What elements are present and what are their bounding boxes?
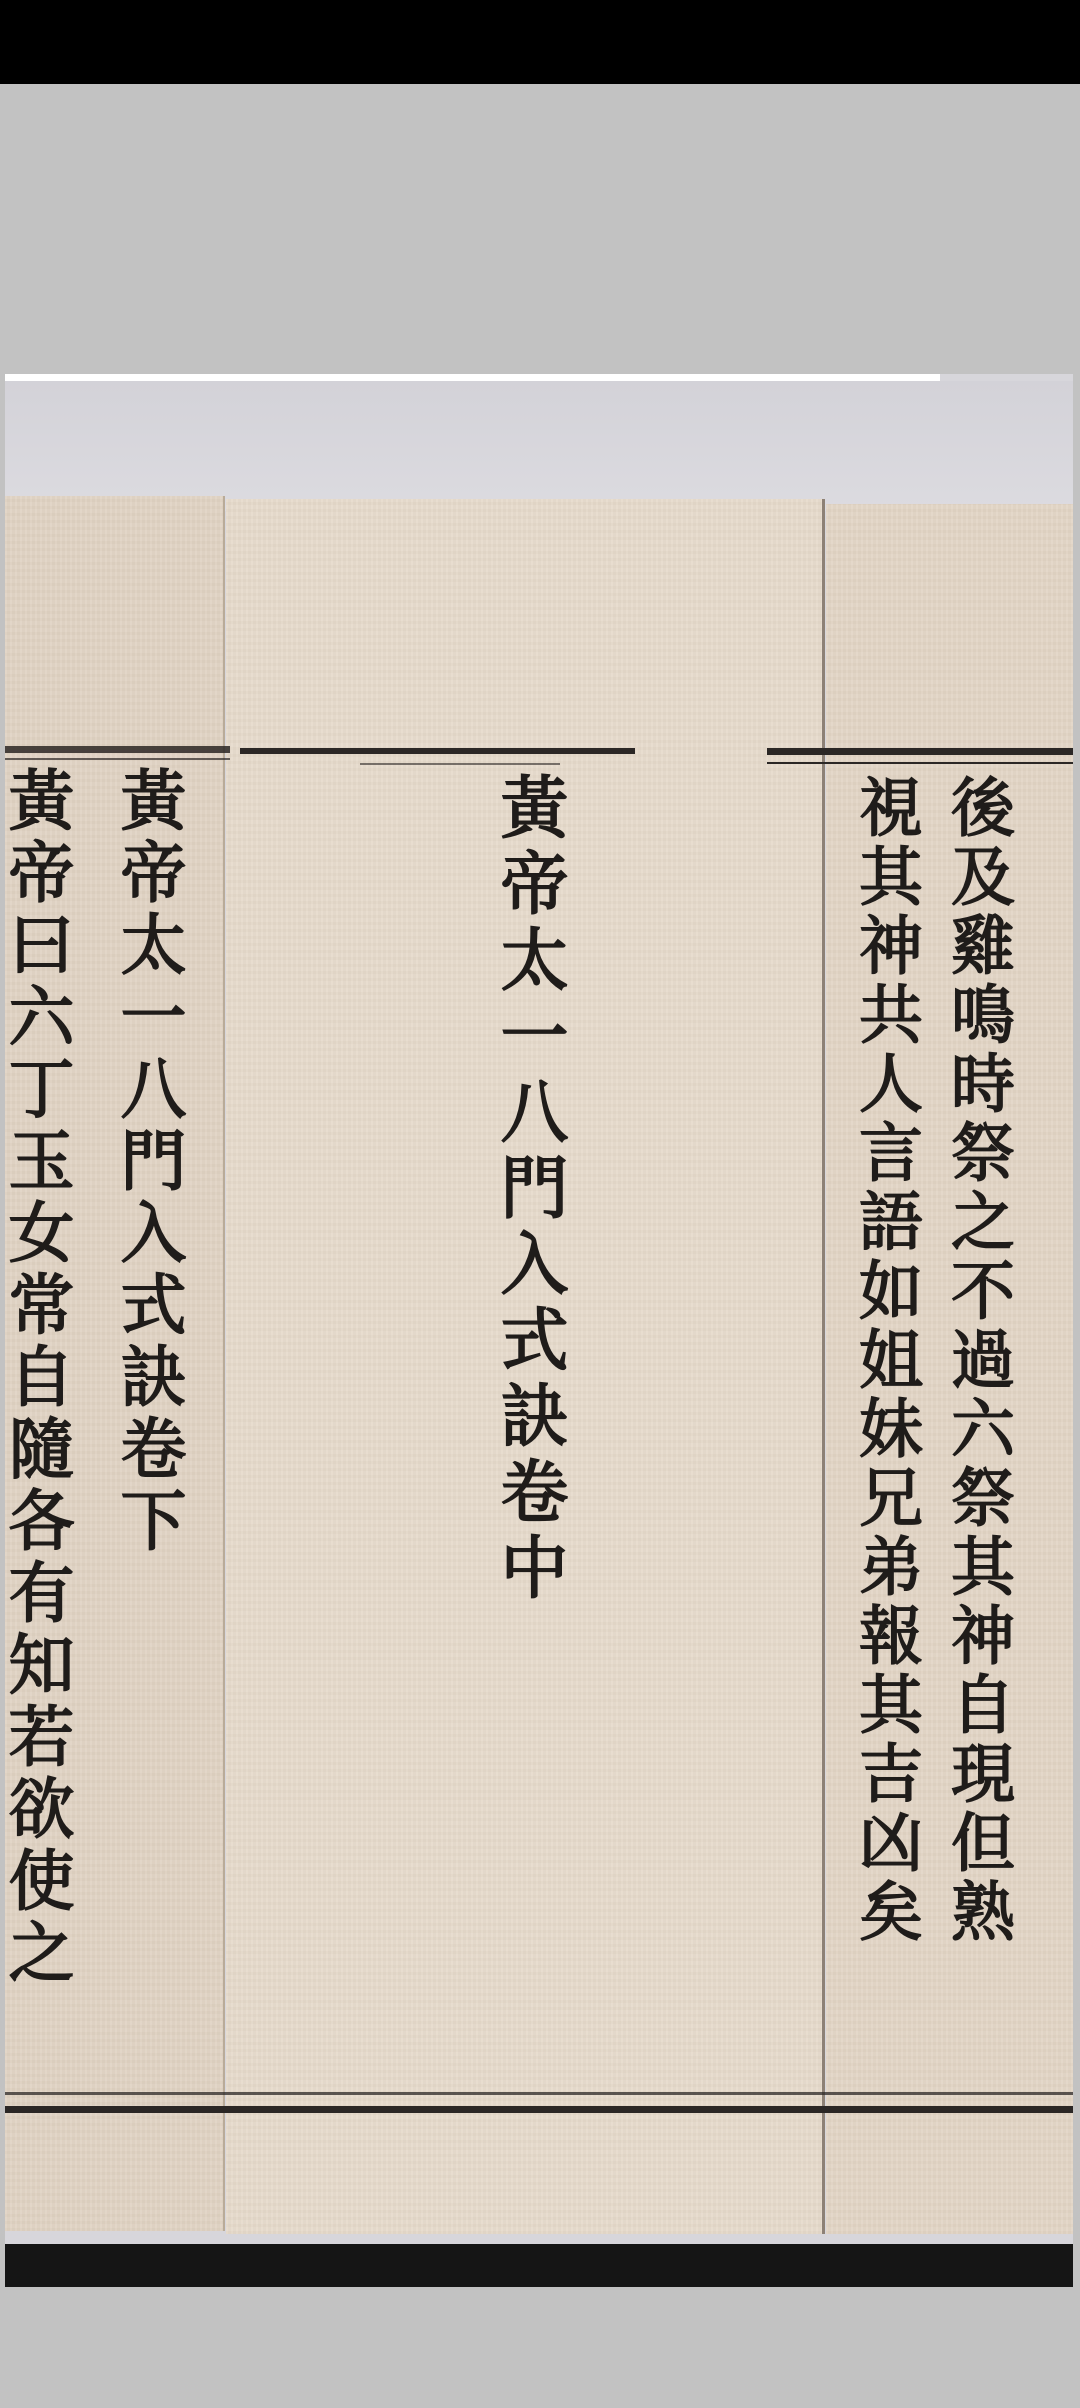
status-bar [0, 0, 1080, 84]
frame-rule-bottom-thin [5, 2092, 1073, 2095]
left-page-column-2: 黃帝曰六丁玉女常自隨各有知若欲使之 [5, 766, 69, 1990]
frame-rule-top-right [767, 748, 1073, 755]
scan-backdrop [5, 381, 1073, 511]
frame-rule-top-center [240, 748, 635, 754]
scanned-book-image[interactable]: 後及雞鳴時祭之不過六祭其神自現但熟 視其神共人言語如姐妹兄弟報其吉凶矣 黃帝太一… [5, 374, 1073, 2287]
center-page-title: 黃帝太一八門入式訣卷中 [495, 772, 563, 1608]
frame-rule-top-right-thin [767, 762, 1073, 764]
frame-rule-top-center-thin [360, 763, 560, 765]
left-page-column-1: 黃帝太一八門入式訣卷下 [115, 766, 181, 1558]
image-top-edge [5, 374, 940, 381]
right-page-column-2: 視其神共人言語如姐妹兄弟報其吉凶矣 [853, 774, 917, 1947]
scan-bottom-band [5, 2244, 1073, 2287]
right-page-column-1: 後及雞鳴時祭之不過六祭其神自現但熟 [945, 774, 1009, 1947]
frame-rule-top-left-thin [5, 758, 230, 760]
frame-rule-bottom-thick [5, 2106, 1073, 2113]
image-viewer[interactable]: 後及雞鳴時祭之不過六祭其神自現但熟 視其神共人言語如姐妹兄弟報其吉凶矣 黃帝太一… [0, 84, 1080, 2408]
frame-rule-top-left [5, 746, 230, 753]
